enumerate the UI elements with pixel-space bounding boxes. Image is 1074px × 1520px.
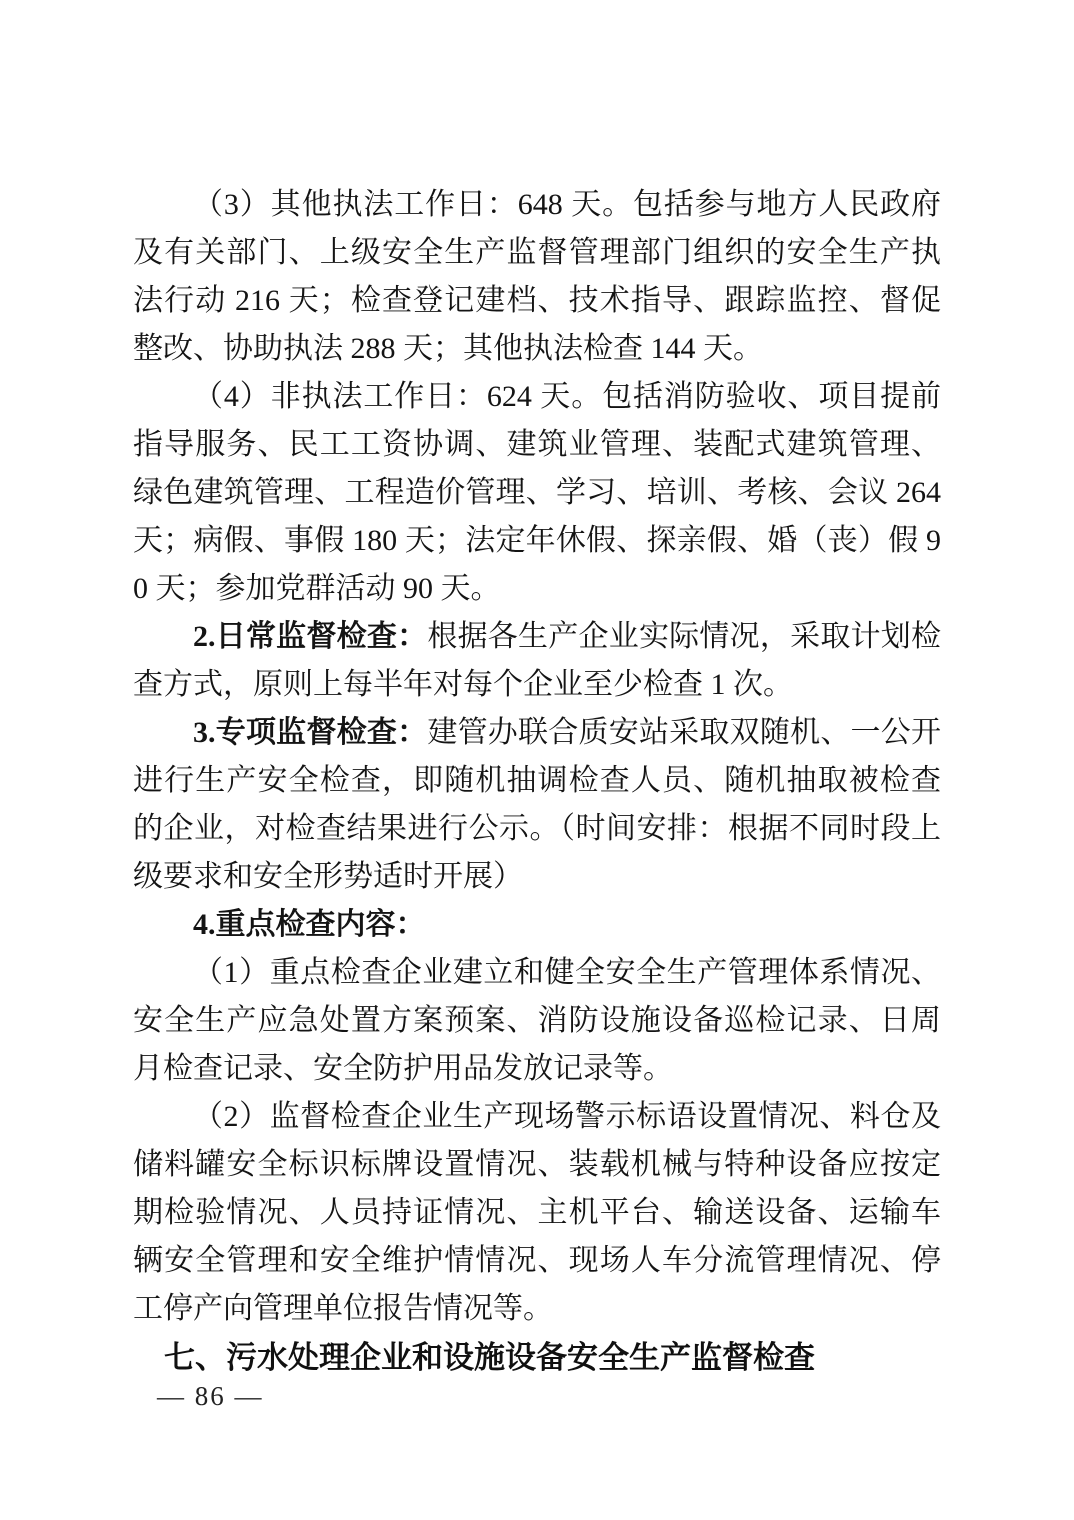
special-supervision-label: 3.专项监督检查： bbox=[193, 716, 427, 749]
paragraph-key-inspection-item2: （2）监督检查企业生产现场警示标语设置情况、料仓及储料罐安全标识标牌设置情况、装… bbox=[133, 1093, 941, 1333]
daily-supervision-label: 2.日常监督检查： bbox=[193, 620, 427, 653]
paragraph-daily-supervision: 2.日常监督检查：根据各生产企业实际情况，采取计划检查方式，原则上每半年对每个企… bbox=[133, 613, 941, 709]
document-page: （3）其他执法工作日：648 天。包括参与地方人民政府及有关部门、上级安全生产监… bbox=[0, 0, 1074, 1520]
paragraph-key-inspection-heading: 4.重点检查内容： bbox=[133, 901, 941, 949]
section-heading-sewage-treatment: 七、污水处理企业和设施设备安全生产监督检查 bbox=[133, 1333, 941, 1383]
paragraph-key-inspection-item1: （1）重点检查企业建立和健全安全生产管理体系情况、安全生产应急处置方案预案、消防… bbox=[133, 949, 941, 1093]
paragraph-special-supervision: 3.专项监督检查：建管办联合质安站采取双随机、一公开进行生产安全检查，即随机抽调… bbox=[133, 709, 941, 901]
key-inspection-label: 4.重点检查内容： bbox=[193, 908, 426, 941]
document-body: （3）其他执法工作日：648 天。包括参与地方人民政府及有关部门、上级安全生产监… bbox=[133, 181, 941, 1383]
paragraph-non-enforcement-days: （4）非执法工作日：624 天。包括消防验收、项目提前指导服务、民工工资协调、建… bbox=[133, 373, 941, 613]
paragraph-other-enforcement-days: （3）其他执法工作日：648 天。包括参与地方人民政府及有关部门、上级安全生产监… bbox=[133, 181, 941, 373]
page-number: — 86 — bbox=[157, 1381, 264, 1412]
